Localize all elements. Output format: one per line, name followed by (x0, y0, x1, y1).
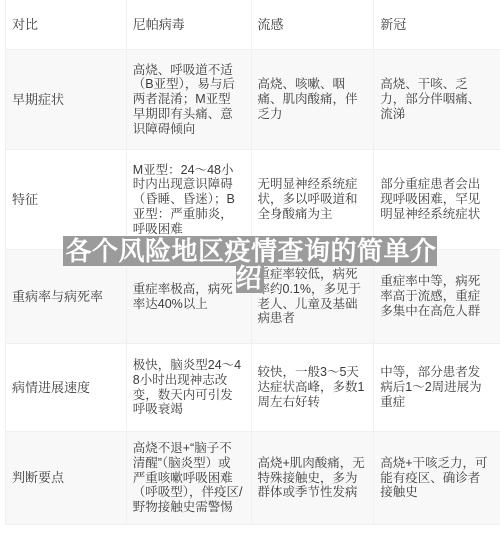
cell-nipah: 高烧不退+“脑子不清醒”（脑炎型）或严重咳嗽呼吸困难（呼吸型），伴疫区/野物接触… (126, 432, 251, 524)
cell-covid: 部分重症患者会出现呼吸困难，罕见明显神经系统症状 (373, 150, 500, 249)
table-row-severity-mortality: 重病率与病死率 重症率极高，病死率达40%以上 重症率较低，病死率约0.1%，多… (6, 250, 500, 344)
cell-flu: 较快，一般3～5天达症状高峰，多数1周左右好转 (251, 344, 374, 431)
page: 对比 尼帕病毒 流感 新冠 早期症状 高烧、呼吸道不适（B亚型），易与后两者混淆… (0, 0, 500, 537)
header-cell-nipah: 尼帕病毒 (126, 0, 251, 49)
row-label: 特征 (6, 150, 126, 249)
cell-flu: 无明显神经系统症状，多以呼吸道和全身酸痛为主 (251, 150, 374, 249)
row-label: 病情进展速度 (6, 344, 126, 431)
row-label: 判断要点 (6, 432, 126, 524)
table-row-features: 特征 M亚型：24～48小时内出现意识障碍（昏睡、昏迷）；B亚型：严重肺炎，呼吸… (6, 150, 500, 250)
header-cell-flu: 流感 (251, 0, 374, 49)
cell-covid: 高烧+干咳乏力，可能有疫区、确诊者接触史 (373, 432, 500, 524)
cell-covid: 中等，部分患者发病后1～2周进展为重症 (373, 344, 500, 431)
cell-flu: 高烧+肌肉酸痛，无特殊接触史，多为群体或季节性发病 (251, 432, 374, 524)
table-row-early-symptoms: 早期症状 高烧、呼吸道不适（B亚型），易与后两者混淆；M亚型早期即有头痛、意识障… (6, 50, 500, 150)
cell-covid: 高烧、干咳、乏力，部分伴咽痛、流涕 (373, 50, 500, 149)
cell-flu: 高烧、咳嗽、咽痛、肌肉酸痛，伴乏力 (251, 50, 374, 149)
table-row-progression-speed: 病情进展速度 极快，脑炎型24～48小时出现神志改变，数天内可引发呼吸衰竭 较快… (6, 344, 500, 432)
cell-covid: 重症率中等，病死率高于流感，重症多集中在高危人群 (373, 250, 500, 343)
cell-nipah: 重症率极高，病死率达40%以上 (126, 250, 251, 343)
table-row-judgment-points: 判断要点 高烧不退+“脑子不清醒”（脑炎型）或严重咳嗽呼吸困难（呼吸型），伴疫区… (6, 432, 500, 525)
row-label: 早期症状 (6, 50, 126, 149)
header-cell-compare: 对比 (6, 0, 126, 49)
table-header-row: 对比 尼帕病毒 流感 新冠 (6, 0, 500, 50)
cell-flu: 重症率较低，病死率约0.1%，多见于老人、儿童及基础病患者 (251, 250, 374, 343)
cell-nipah: 高烧、呼吸道不适（B亚型），易与后两者混淆；M亚型早期即有头痛、意识障碍倾向 (126, 50, 251, 149)
comparison-table: 对比 尼帕病毒 流感 新冠 早期症状 高烧、呼吸道不适（B亚型），易与后两者混淆… (5, 0, 500, 525)
row-label: 重病率与病死率 (6, 250, 126, 343)
header-cell-covid: 新冠 (373, 0, 500, 49)
cell-nipah: 极快，脑炎型24～48小时出现神志改变，数天内可引发呼吸衰竭 (126, 344, 251, 431)
cell-nipah: M亚型：24～48小时内出现意识障碍（昏睡、昏迷）；B亚型：严重肺炎，呼吸困难 (126, 150, 251, 249)
